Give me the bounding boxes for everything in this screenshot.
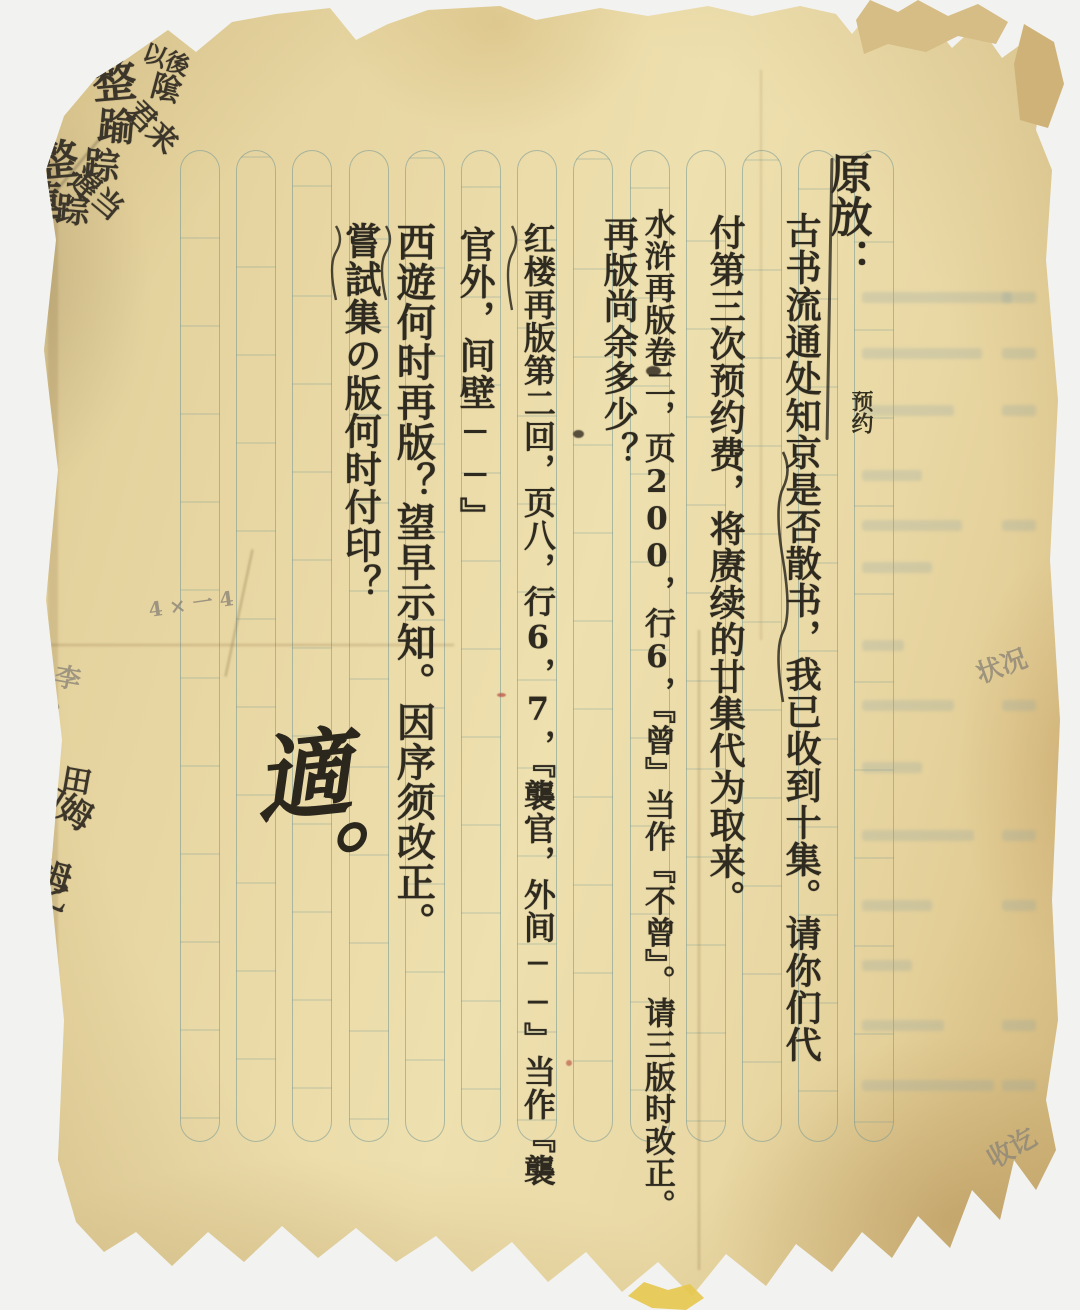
ink-smear	[573, 430, 584, 438]
show-through-number	[1002, 520, 1036, 531]
letter-column: 西遊何时再版？望早示知。因序须改正。	[392, 222, 433, 942]
ruled-column	[236, 150, 276, 1142]
signature: 適。	[242, 722, 358, 923]
show-through-row	[862, 470, 922, 481]
ink-scribble: 踪	[54, 182, 92, 234]
show-through-number	[1002, 700, 1036, 711]
title-mark-wavy	[380, 226, 392, 300]
show-through-row	[862, 292, 1012, 303]
letter-column: 付第三次预约费，将赓续的廿集代为取来。	[706, 214, 744, 917]
show-through-number	[1002, 405, 1036, 416]
show-through-number	[1002, 292, 1036, 303]
red-mark	[566, 1060, 572, 1066]
show-through-row	[862, 900, 932, 911]
ruled-column	[292, 150, 332, 1142]
show-through-row	[862, 1020, 944, 1031]
photo-backdrop: 原放：古书流通处知京是否散书，我已收到十集。请你们代付第三次预约费，将赓续的廿集…	[0, 0, 1080, 1310]
letter-column: 嘗試集の版何时付印？	[340, 222, 379, 602]
show-through-number	[1002, 900, 1036, 911]
show-through-row	[862, 960, 912, 971]
title-mark-wavy	[506, 226, 518, 310]
ruled-column	[180, 150, 220, 1142]
show-through-row	[862, 700, 954, 711]
letter-column: 官外，间壁──』	[456, 226, 494, 534]
show-through-row	[862, 562, 932, 573]
show-through-number	[1002, 348, 1036, 359]
red-mark	[497, 693, 506, 697]
show-through-number	[1002, 1020, 1036, 1031]
title-mark-wavy	[776, 452, 790, 702]
title-mark-wavy	[330, 226, 342, 300]
show-through-row	[862, 830, 974, 841]
letter-column: 水浒再版卷二，页200，行6，『曾』当作『不曾』。请三版时改正。	[640, 208, 673, 1221]
show-through-number	[1002, 830, 1036, 841]
letter-paper: 原放：古书流通处知京是否散书，我已收到十集。请你们代付第三次预约费，将赓续的廿集…	[0, 0, 1080, 1310]
ink-streak	[2, 181, 32, 238]
show-through-row	[862, 520, 962, 531]
show-through-row	[862, 640, 904, 651]
ink-streak	[0, 97, 26, 185]
letter-column: 再版尚余多少？	[600, 216, 637, 468]
torn-fragment-top-right-curl	[1014, 24, 1064, 134]
show-through-row	[862, 762, 922, 773]
letter-column: 红楼再版第二回，页八，行6，7，『襲官，外间──』当作『襲	[520, 222, 554, 1187]
show-through-number	[1002, 1080, 1036, 1091]
crease-vertical	[760, 70, 762, 640]
crease-vertical	[698, 630, 700, 1270]
show-through-row	[862, 1080, 994, 1091]
interlinear-insertion: 预约	[846, 390, 877, 434]
show-through-row	[862, 348, 982, 359]
